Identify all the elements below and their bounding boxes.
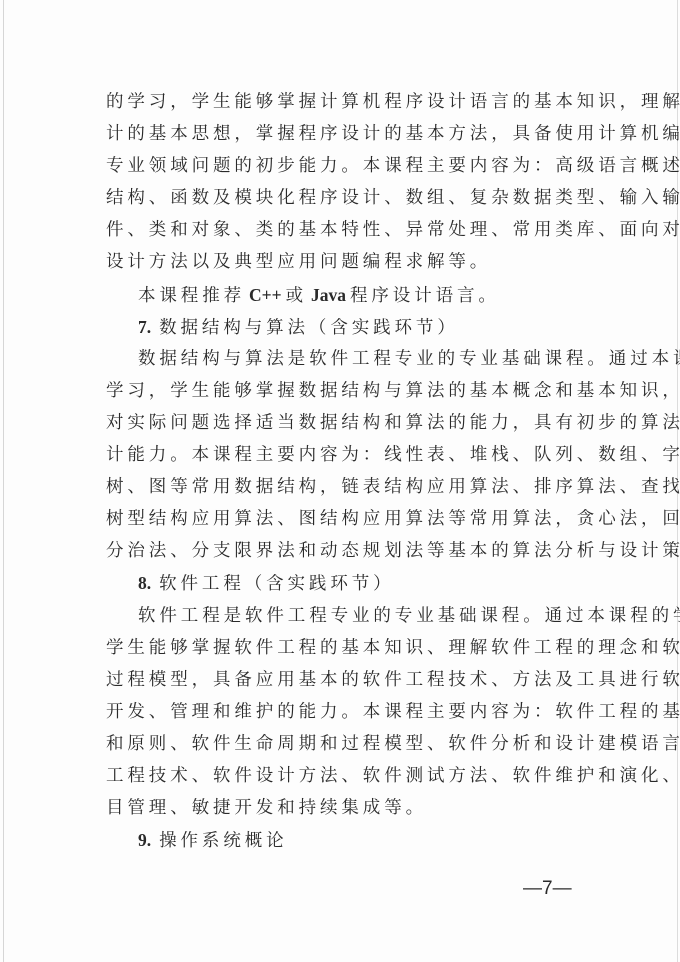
section-title: 数据结构与算法（含实践环节） (159, 318, 459, 338)
text-line: 计能力。本课程主要内容为：线性表、堆栈、队列、数组、字符串、 (106, 441, 582, 473)
section-title: 操作系统概论 (159, 831, 287, 851)
section-number: 9. (138, 830, 151, 850)
text-line: 结构、函数及模块化程序设计、数组、复杂数据类型、输入输出、文 (106, 184, 582, 216)
recommend-suffix: 程序设计语言。 (350, 286, 500, 306)
text-line: 目管理、敏捷开发和持续集成等。 (106, 794, 582, 826)
text-line: 计的基本思想，掌握程序设计的基本方法，具备使用计算机编程求解 (106, 120, 582, 152)
text-line: 数据结构与算法是软件工程专业的专业基础课程。通过本课程的 (106, 345, 582, 377)
section-title: 软件工程（含实践环节） (159, 574, 394, 594)
page-number: —7— (523, 878, 572, 900)
text-line: 软件工程是软件工程专业的专业基础课程。通过本课程的学习， (106, 602, 582, 634)
text-line: 分治法、分支限界法和动态规划法等基本的算法分析与设计策略。 (106, 537, 582, 569)
recommend-prefix: 本课程推荐 (138, 286, 245, 306)
text-line: 工程技术、软件设计方法、软件测试方法、软件维护和演化、软件项 (106, 762, 582, 794)
section-number: 7. (138, 317, 151, 337)
document-page: 的学习，学生能够掌握计算机程序设计语言的基本知识，理解程序设 计的基本思想，掌握… (0, 0, 680, 962)
recommend-mid: 或 (286, 286, 307, 306)
section-heading-7: 7.数据结构与算法（含实践环节） (106, 313, 582, 345)
text-line: 和原则、软件生命周期和过程模型、软件分析和设计建模语言、需求 (106, 730, 582, 762)
section-heading-9: 9.操作系统概论 (106, 826, 582, 858)
text-line: 学生能够掌握软件工程的基本知识、理解软件工程的理念和软件开发 (106, 634, 582, 666)
text-line: 开发、管理和维护的能力。本课程主要内容为：软件工程的基本概念 (106, 698, 582, 730)
text-line: 设计方法以及典型应用问题编程求解等。 (106, 248, 582, 280)
text-line: 树型结构应用算法、图结构应用算法等常用算法，贪心法，回溯法、 (106, 505, 582, 537)
section-heading-8: 8.软件工程（含实践环节） (106, 569, 582, 601)
language-java: Java (311, 285, 346, 305)
text-line: 件、类和对象、类的基本特性、异常处理、常用类库、面向对象程序 (106, 216, 582, 248)
text-line: 过程模型，具备应用基本的软件工程技术、方法及工具进行软件系统 (106, 666, 582, 698)
text-line: 专业领域问题的初步能力。本课程主要内容为：高级语言概述、控制 (106, 152, 582, 184)
text-line: 的学习，学生能够掌握计算机程序设计语言的基本知识，理解程序设 (106, 88, 582, 120)
text-line: 对实际问题选择适当数据结构和算法的能力，具有初步的算法效率估 (106, 409, 582, 441)
text-line: 树、图等常用数据结构，链表结构应用算法、排序算法、查找算法、 (106, 473, 582, 505)
language-cpp: C++ (249, 285, 282, 305)
section-number: 8. (138, 573, 151, 593)
page-edge-left (3, 0, 4, 962)
text-line: 学习，学生能够掌握数据结构与算法的基本概念和基本知识，具备针 (106, 377, 582, 409)
recommend-line: 本课程推荐C++或Java程序设计语言。 (106, 281, 582, 313)
body-text: 的学习，学生能够掌握计算机程序设计语言的基本知识，理解程序设 计的基本思想，掌握… (106, 88, 582, 858)
